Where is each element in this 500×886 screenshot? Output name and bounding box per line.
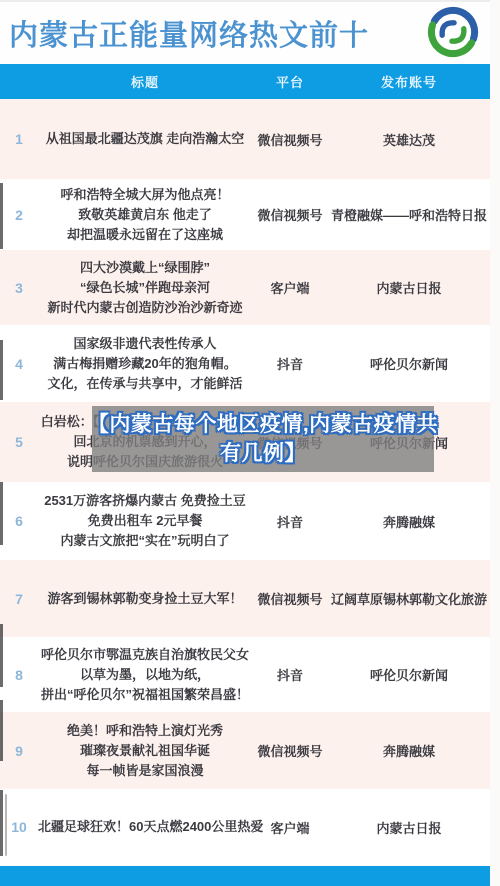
platform-name: 微信视频号 bbox=[252, 130, 328, 149]
platform-name: 抖音 bbox=[252, 665, 328, 684]
rank-number: 2 bbox=[0, 207, 38, 223]
table-row: 3 四大沙漠戴上“绿围脖”“绿色长城”伴跑母亲河新时代内蒙古创造防沙治沙新奇迹 … bbox=[0, 250, 490, 325]
publisher-account: 奔腾融媒 bbox=[328, 741, 490, 760]
article-title-line: 拼出“呼伦贝尔”祝福祖国繁荣昌盛！ bbox=[38, 685, 252, 705]
masthead: 内蒙古正能量网络热文前十 bbox=[0, 0, 490, 64]
left-edge-artifact bbox=[0, 790, 3, 856]
watermark-overlay: 【内蒙古每个地区疫情,内蒙古疫情共 有几例】 bbox=[92, 406, 434, 472]
publisher-account: 青橙融媒——呼和浩特日报 bbox=[328, 205, 490, 224]
rank-number: 9 bbox=[0, 743, 38, 759]
table-header-row: 标题 平台 发布账号 bbox=[0, 64, 490, 99]
article-title: 2531万游客挤爆内蒙古 免费捡土豆免费出租车 2元早餐内蒙古文旅把“实在”玩明… bbox=[38, 491, 252, 551]
left-edge-artifact bbox=[0, 624, 3, 687]
platform-name: 微信视频号 bbox=[252, 589, 328, 608]
rank-number: 8 bbox=[0, 667, 38, 683]
page-curl-line bbox=[5, 794, 7, 856]
article-title-line: 四大沙漠戴上“绿围脖” bbox=[38, 258, 252, 278]
publisher-account: 内蒙古日报 bbox=[328, 278, 490, 297]
left-edge-artifact bbox=[0, 183, 3, 249]
platform-name: 客户端 bbox=[252, 278, 328, 297]
article-title: 四大沙漠戴上“绿围脖”“绿色长城”伴跑母亲河新时代内蒙古创造防沙治沙新奇迹 bbox=[38, 258, 252, 318]
article-title-line: 北疆足球狂欢！60天点燃2400公里热爱 bbox=[38, 817, 252, 837]
table-body: 1 从祖国最北疆达茂旗 走向浩瀚太空 微信视频号 英雄达茂 2 呼和浩特全城大屏… bbox=[0, 99, 490, 865]
article-title: 从祖国最北疆达茂旗 走向浩瀚太空 bbox=[38, 129, 252, 149]
footer-bar bbox=[0, 866, 490, 886]
article-title: 国家级非遗代表性传承人满古梅捐赠珍藏20年的狍角帽。文化，在传承与共享中，才能鲜… bbox=[38, 334, 252, 394]
article-title-line: 国家级非遗代表性传承人 bbox=[38, 334, 252, 354]
table-row: 9 绝美！呼和浩特上演灯光秀璀璨夜景献礼祖国华诞每一帧皆是家国浪漫 微信视频号 … bbox=[0, 712, 490, 789]
publisher-account: 呼伦贝尔新闻 bbox=[328, 665, 490, 684]
publisher-account: 辽阔草原锡林郭勒文化旅游 bbox=[328, 589, 490, 608]
article-title-line: 内蒙古文旅把“实在”玩明白了 bbox=[38, 531, 252, 551]
article-title-line: 呼和浩特全城大屏为他点亮！ bbox=[38, 185, 252, 205]
table-row: 7 游客到锡林郭勒变身捡土豆大军！ 微信视频号 辽阔草原锡林郭勒文化旅游 bbox=[0, 560, 490, 637]
table-row: 4 国家级非遗代表性传承人满古梅捐赠珍藏20年的狍角帽。文化，在传承与共享中，才… bbox=[0, 325, 490, 402]
rank-number: 6 bbox=[0, 513, 38, 529]
article-title-line: 满古梅捐赠珍藏20年的狍角帽。 bbox=[38, 354, 252, 374]
article-title-line: 却把温暖永远留在了这座城 bbox=[38, 225, 252, 245]
platform-name: 微信视频号 bbox=[252, 741, 328, 760]
table-row: 2 呼和浩特全城大屏为他点亮！致敬英雄黄启东 他走了却把温暖永远留在了这座城 微… bbox=[0, 179, 490, 250]
col-header-platform: 平台 bbox=[252, 72, 328, 91]
article-title-line: 新时代内蒙古创造防沙治沙新奇迹 bbox=[38, 298, 252, 318]
brand-swirl-logo-icon bbox=[426, 5, 480, 59]
page-title: 内蒙古正能量网络热文前十 bbox=[9, 13, 369, 54]
left-edge-artifact bbox=[0, 700, 3, 761]
article-title-line: 游客到锡林郭勒变身捡土豆大军！ bbox=[38, 589, 252, 609]
rank-number: 4 bbox=[0, 356, 38, 372]
article-title-line: “绿色长城”伴跑母亲河 bbox=[38, 278, 252, 298]
table-row: 1 从祖国最北疆达茂旗 走向浩瀚太空 微信视频号 英雄达茂 bbox=[0, 99, 490, 179]
article-title: 游客到锡林郭勒变身捡土豆大军！ bbox=[38, 589, 252, 609]
rank-number: 7 bbox=[0, 591, 38, 607]
watermark-line: 有几例】 bbox=[220, 439, 306, 468]
table-row: 6 2531万游客挤爆内蒙古 免费捡土豆免费出租车 2元早餐内蒙古文旅把“实在”… bbox=[0, 482, 490, 560]
article-title: 绝美！呼和浩特上演灯光秀璀璨夜景献礼祖国华诞每一帧皆是家国浪漫 bbox=[38, 721, 252, 781]
col-header-account: 发布账号 bbox=[328, 72, 490, 91]
left-edge-artifact bbox=[0, 340, 3, 400]
article-title-line: 免费出租车 2元早餐 bbox=[38, 511, 252, 531]
col-header-title: 标题 bbox=[38, 72, 252, 91]
article-title-line: 璀璨夜景献礼祖国华诞 bbox=[38, 741, 252, 761]
left-edge-artifact bbox=[0, 482, 3, 545]
watermark-line: 【内蒙古每个地区疫情,内蒙古疫情共 bbox=[88, 410, 438, 439]
publisher-account: 英雄达茂 bbox=[328, 130, 490, 149]
article-title-line: 呼伦贝尔市鄂温克族自治旗牧民父女 bbox=[38, 645, 252, 665]
publisher-account: 奔腾融媒 bbox=[328, 512, 490, 531]
article-title-line: 致敬英雄黄启东 他走了 bbox=[38, 205, 252, 225]
table-row: 8 呼伦贝尔市鄂温克族自治旗牧民父女以草为墨，以地为纸，拼出“呼伦贝尔”祝福祖国… bbox=[0, 637, 490, 712]
article-title: 呼和浩特全城大屏为他点亮！致敬英雄黄启东 他走了却把温暖永远留在了这座城 bbox=[38, 185, 252, 245]
platform-name: 抖音 bbox=[252, 354, 328, 373]
infographic-canvas: 内蒙古正能量网络热文前十 标题 平台 发布账号 1 从祖国最北疆达茂旗 走向浩瀚… bbox=[0, 0, 500, 886]
rank-number: 1 bbox=[0, 131, 38, 147]
article-title-line: 从祖国最北疆达茂旗 走向浩瀚太空 bbox=[38, 129, 252, 149]
publisher-account: 呼伦贝尔新闻 bbox=[328, 354, 490, 373]
publisher-account: 内蒙古日报 bbox=[328, 818, 490, 837]
article-title: 北疆足球狂欢！60天点燃2400公里热爱 bbox=[38, 817, 252, 837]
platform-name: 微信视频号 bbox=[252, 205, 328, 224]
table-row: 10 北疆足球狂欢！60天点燃2400公里热爱 客户端 内蒙古日报 bbox=[0, 789, 490, 865]
platform-name: 抖音 bbox=[252, 512, 328, 531]
rank-number: 3 bbox=[0, 280, 38, 296]
article-title-line: 以草为墨，以地为纸， bbox=[38, 665, 252, 685]
article-title-line: 2531万游客挤爆内蒙古 免费捡土豆 bbox=[38, 491, 252, 511]
article-title-line: 绝美！呼和浩特上演灯光秀 bbox=[38, 721, 252, 741]
article-title: 呼伦贝尔市鄂温克族自治旗牧民父女以草为墨，以地为纸，拼出“呼伦贝尔”祝福祖国繁荣… bbox=[38, 645, 252, 705]
article-title-line: 每一帧皆是家国浪漫 bbox=[38, 761, 252, 781]
article-title-line: 文化，在传承与共享中，才能鲜活 bbox=[38, 374, 252, 394]
platform-name: 客户端 bbox=[252, 818, 328, 837]
rank-number: 5 bbox=[0, 434, 38, 450]
